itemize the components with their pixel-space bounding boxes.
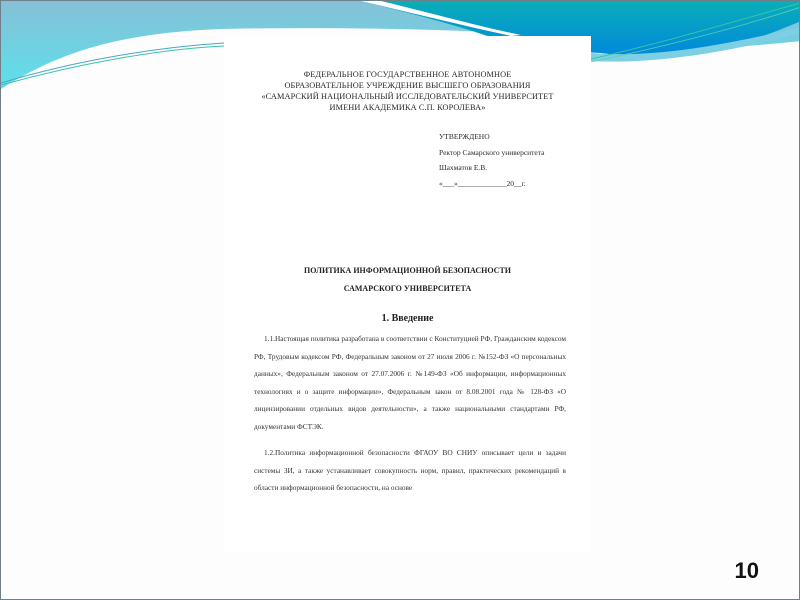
approval-label: УТВЕРЖДЕНО [439, 129, 589, 145]
document-page: ФЕДЕРАЛЬНОЕ ГОСУДАРСТВЕННОЕ АВТОНОМНОЕ О… [224, 36, 591, 553]
section-heading: 1. Введение [224, 313, 591, 324]
header-line: ФЕДЕРАЛЬНОЕ ГОСУДАРСТВЕННОЕ АВТОНОМНОЕ [224, 69, 591, 80]
policy-title-line: ПОЛИТИКА ИНФОРМАЦИОННОЙ БЕЗОПАСНОСТИ [224, 262, 591, 280]
policy-title: ПОЛИТИКА ИНФОРМАЦИОННОЙ БЕЗОПАСНОСТИ САМ… [224, 262, 591, 298]
policy-title-line: САМАРСКОГО УНИВЕРСИТЕТА [224, 280, 591, 298]
approval-date: «___»_____________20__г. [439, 176, 589, 192]
header-line: ОБРАЗОВАТЕЛЬНОЕ УЧРЕЖДЕНИЕ ВЫСШЕГО ОБРАЗ… [224, 80, 591, 91]
paragraph-1-2: 1.2.Политика информационной безопасности… [254, 444, 566, 497]
header-line: «САМАРСКИЙ НАЦИОНАЛЬНЫЙ ИССЛЕДОВАТЕЛЬСКИ… [224, 91, 591, 102]
approval-block: УТВЕРЖДЕНО Ректор Самарского университет… [439, 129, 589, 191]
header-line: ИМЕНИ АКАДЕМИКА С.П. КОРОЛЕВА» [224, 102, 591, 113]
organization-header: ФЕДЕРАЛЬНОЕ ГОСУДАРСТВЕННОЕ АВТОНОМНОЕ О… [224, 69, 591, 113]
paragraph-1-1: 1.1.Настоящая политика разработана в соо… [254, 330, 566, 436]
slide-number: 10 [735, 558, 759, 584]
approver-position: Ректор Самарского университета [439, 145, 589, 161]
slide: ФЕДЕРАЛЬНОЕ ГОСУДАРСТВЕННОЕ АВТОНОМНОЕ О… [0, 0, 800, 600]
approver-name: Шахматов Е.В. [439, 160, 589, 176]
